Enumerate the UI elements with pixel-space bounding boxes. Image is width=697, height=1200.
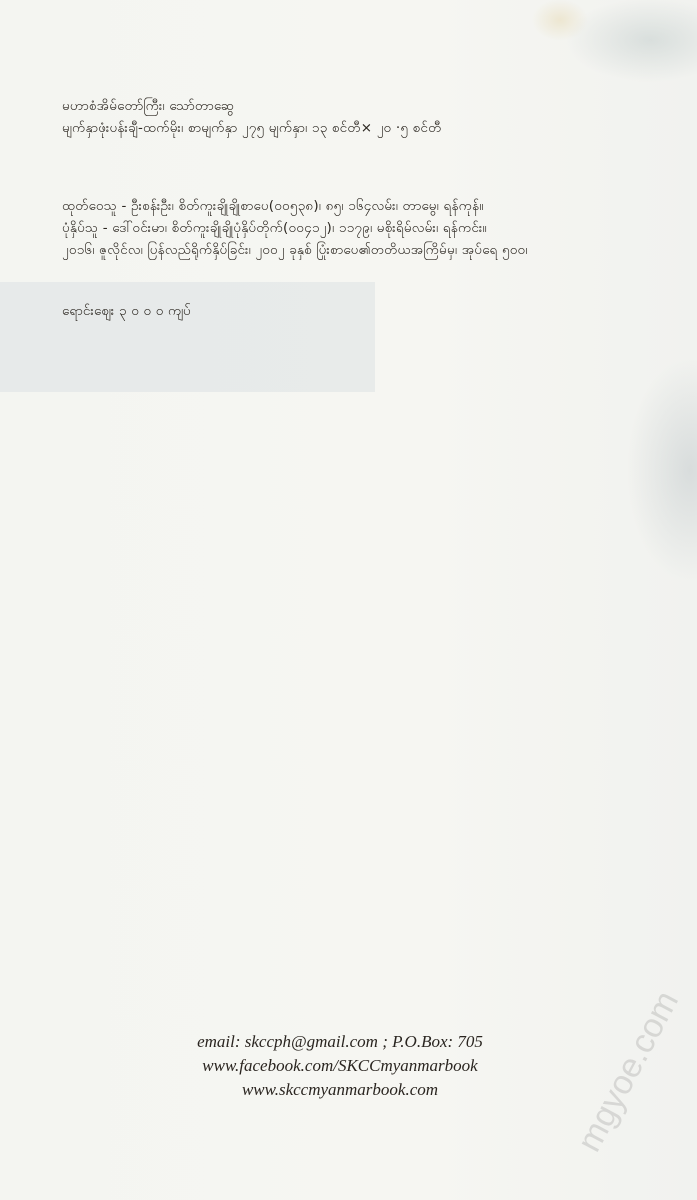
publisher-line: ထုတ်ဝေသူ - ဦးစန်းဦး၊ စိတ်ကူးချိုချိုစာပေ… <box>62 195 528 217</box>
specs-line: မျက်နှာဖုံးပန်းချီ-ထက်မိုး၊ စာမျက်နှာ ၂၇… <box>62 117 441 139</box>
price-block: ရောင်းဈေး ၃ ၀ ၀ ၀ ကျပ် <box>62 300 191 322</box>
title-line: မဟာစံအိမ်တော်ကြီး၊ သော်တာဆွေ <box>62 95 441 117</box>
scan-shadow <box>0 282 375 392</box>
printer-line: ပုံနှိပ်သူ - ဒေါ်ဝင်းမာ၊ စိတ်ကူးချိုချို… <box>62 217 528 239</box>
facebook-link[interactable]: www.facebook.com/SKCCmyanmarbook <box>140 1054 540 1078</box>
page-background <box>0 0 697 1200</box>
contact-block: email: skccph@gmail.com ; P.O.Box: 705 w… <box>140 1030 540 1102</box>
edition-line: ၂၀၁၆၊ ဇူလိုင်လ၊ ပြန်လည်ရိုက်နှိပ်ခြင်း၊ … <box>62 239 528 261</box>
price-line: ရောင်းဈေး ၃ ၀ ၀ ၀ ကျပ် <box>62 300 191 322</box>
website-link[interactable]: www.skccmyanmarbook.com <box>140 1078 540 1102</box>
title-block: မဟာစံအိမ်တော်ကြီး၊ သော်တာဆွေ မျက်နှာဖုံး… <box>62 95 441 139</box>
publication-block: ထုတ်ဝေသူ - ဦးစန်းဦး၊ စိတ်ကူးချိုချိုစာပေ… <box>62 195 528 261</box>
email-line: email: skccph@gmail.com ; P.O.Box: 705 <box>140 1030 540 1054</box>
